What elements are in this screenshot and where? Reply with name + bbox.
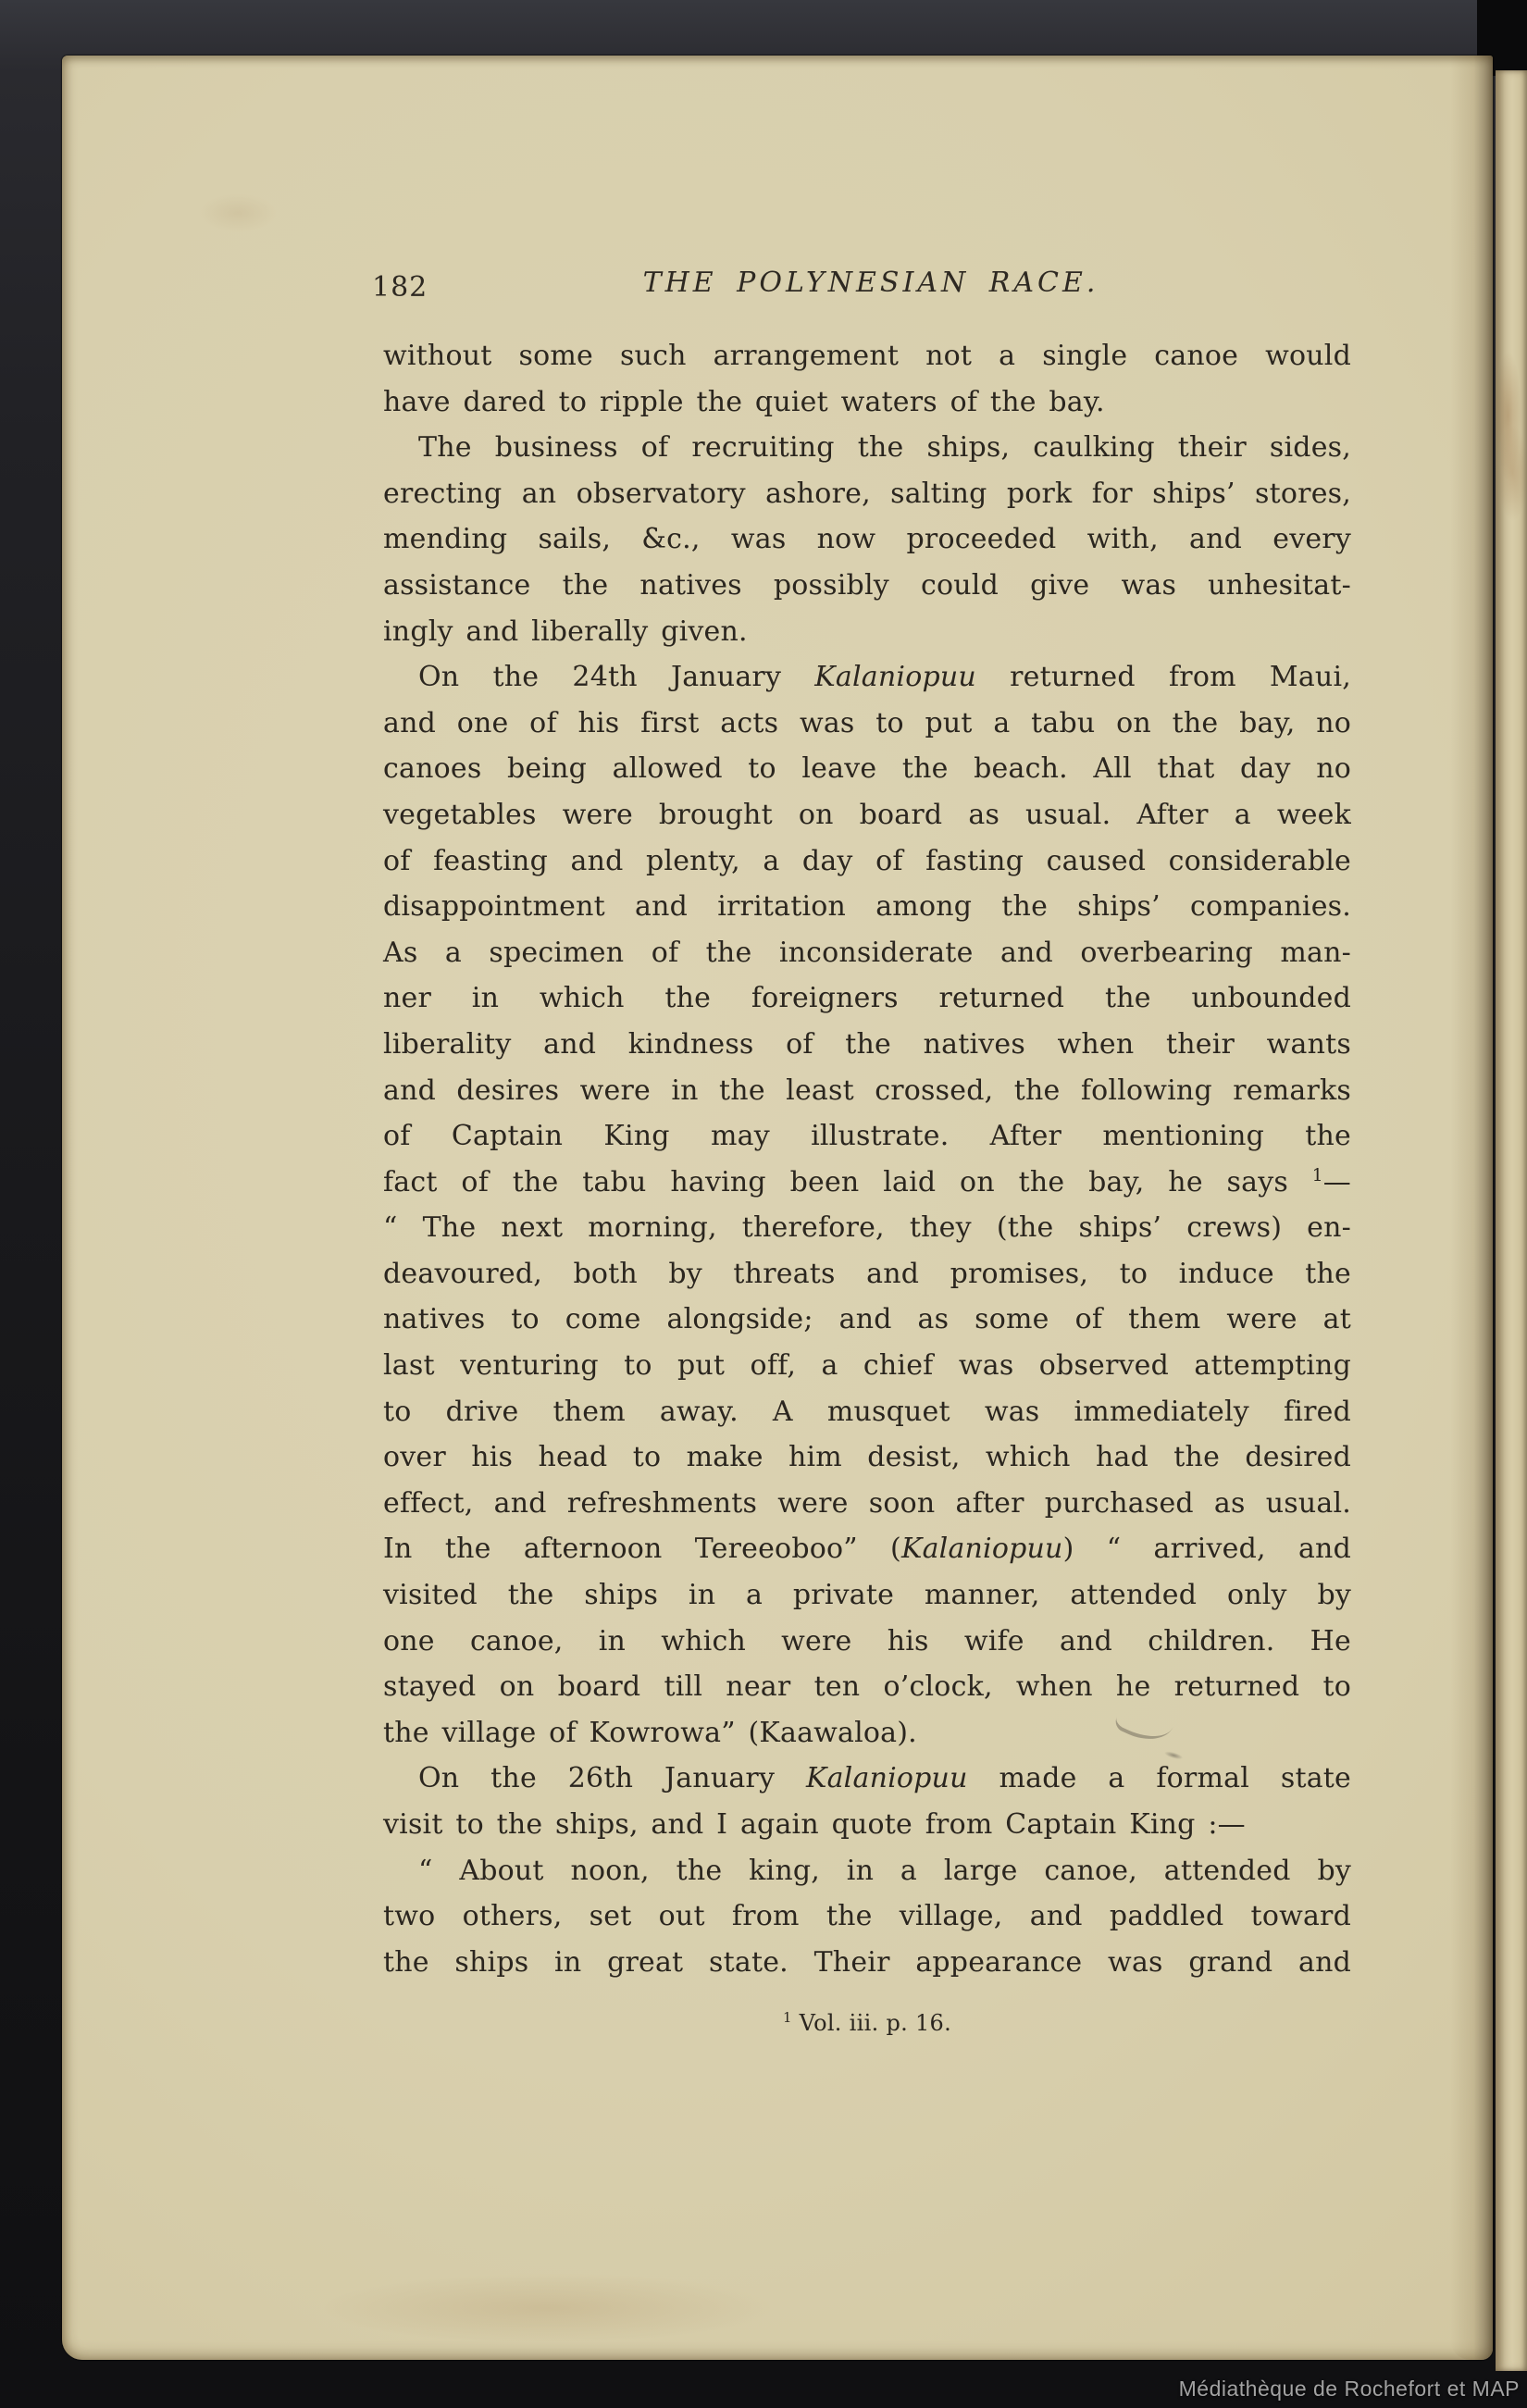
body-text: without some such arrangement not a sing… xyxy=(383,333,1351,1985)
text-line: and desires were in the least crossed, t… xyxy=(383,1068,1351,1114)
paper-stain xyxy=(182,185,293,241)
text-line: mending sails, &c., was now proceeded wi… xyxy=(383,516,1351,563)
text-line: and one of his first acts was to put a t… xyxy=(383,701,1351,747)
paper-stain xyxy=(321,2258,969,2341)
text-line: canoes being allowed to leave the beach.… xyxy=(383,746,1351,792)
text-line: ingly and liberally given. xyxy=(383,609,1351,655)
text-line: visit to the ships, and I again quote fr… xyxy=(383,1802,1351,1848)
footnote-text: Vol. iii. p. 16. xyxy=(800,2010,951,2036)
scan-background: 182 THE POLYNESIAN RACE. without some su… xyxy=(0,0,1527,2408)
text-line: natives to come alongside; and as some o… xyxy=(383,1297,1351,1343)
text-line: two others, set out from the village, an… xyxy=(383,1893,1351,1940)
text-line: last venturing to put off, a chief was o… xyxy=(383,1343,1351,1389)
text-line: visited the ships in a private manner, a… xyxy=(383,1572,1351,1619)
text-line: have dared to ripple the quiet waters of… xyxy=(383,379,1351,426)
next-page-edge xyxy=(1496,70,1527,2371)
text-line: liberality and kindness of the natives w… xyxy=(383,1022,1351,1068)
text-line: “ The next morning, therefore, they (the… xyxy=(383,1205,1351,1251)
watermark-text: Médiathèque de Rochefort et MAP xyxy=(1179,2377,1520,2402)
text-line: of feasting and plenty, a day of fasting… xyxy=(383,838,1351,885)
text-line: On the 26th January Kalaniopuu made a fo… xyxy=(383,1756,1351,1802)
text-line: fact of the tabu having been laid on the… xyxy=(383,1160,1351,1206)
text-line: the village of Kowrowa” (Kaawaloa). xyxy=(383,1710,1351,1756)
page-header: 182 THE POLYNESIAN RACE. xyxy=(387,267,1355,299)
text-line: erecting an observatory ashore, salting … xyxy=(383,471,1351,517)
text-line: one canoe, in which were his wife and ch… xyxy=(383,1619,1351,1665)
running-title: THE POLYNESIAN RACE. xyxy=(387,267,1355,299)
text-line: vegetables were brought on board as usua… xyxy=(383,792,1351,838)
page-number: 182 xyxy=(372,271,428,304)
text-line: disappointment and irritation among the … xyxy=(383,884,1351,930)
text-line: assistance the natives possibly could gi… xyxy=(383,563,1351,609)
text-line: “ About noon, the king, in a large canoe… xyxy=(383,1848,1351,1894)
text-line: effect, and refreshments were soon after… xyxy=(383,1481,1351,1527)
text-line: stayed on board till near ten o’clock, w… xyxy=(383,1664,1351,1710)
text-line: The business of recruiting the ships, ca… xyxy=(383,425,1351,471)
text-line: the ships in great state. Their appearan… xyxy=(383,1940,1351,1986)
footnote-marker: 1 xyxy=(783,2009,792,2026)
text-line: over his head to make him desist, which … xyxy=(383,1434,1351,1481)
text-line: On the 24th January Kalaniopuu returned … xyxy=(383,654,1351,701)
book-page: 182 THE POLYNESIAN RACE. without some su… xyxy=(62,56,1493,2360)
text-line: deavoured, both by threats and promises,… xyxy=(383,1251,1351,1297)
text-line: In the afternoon Tereeoboo” (Kalaniopuu)… xyxy=(383,1526,1351,1572)
footnote: 1 Vol. iii. p. 16. xyxy=(383,2010,1351,2036)
text-line: As a specimen of the inconsiderate and o… xyxy=(383,930,1351,976)
text-line: ner in which the foreigners returned the… xyxy=(383,975,1351,1022)
text-line: without some such arrangement not a sing… xyxy=(383,333,1351,379)
text-line: to drive them away. A musquet was immedi… xyxy=(383,1389,1351,1435)
text-line: of Captain King may illustrate. After me… xyxy=(383,1113,1351,1160)
